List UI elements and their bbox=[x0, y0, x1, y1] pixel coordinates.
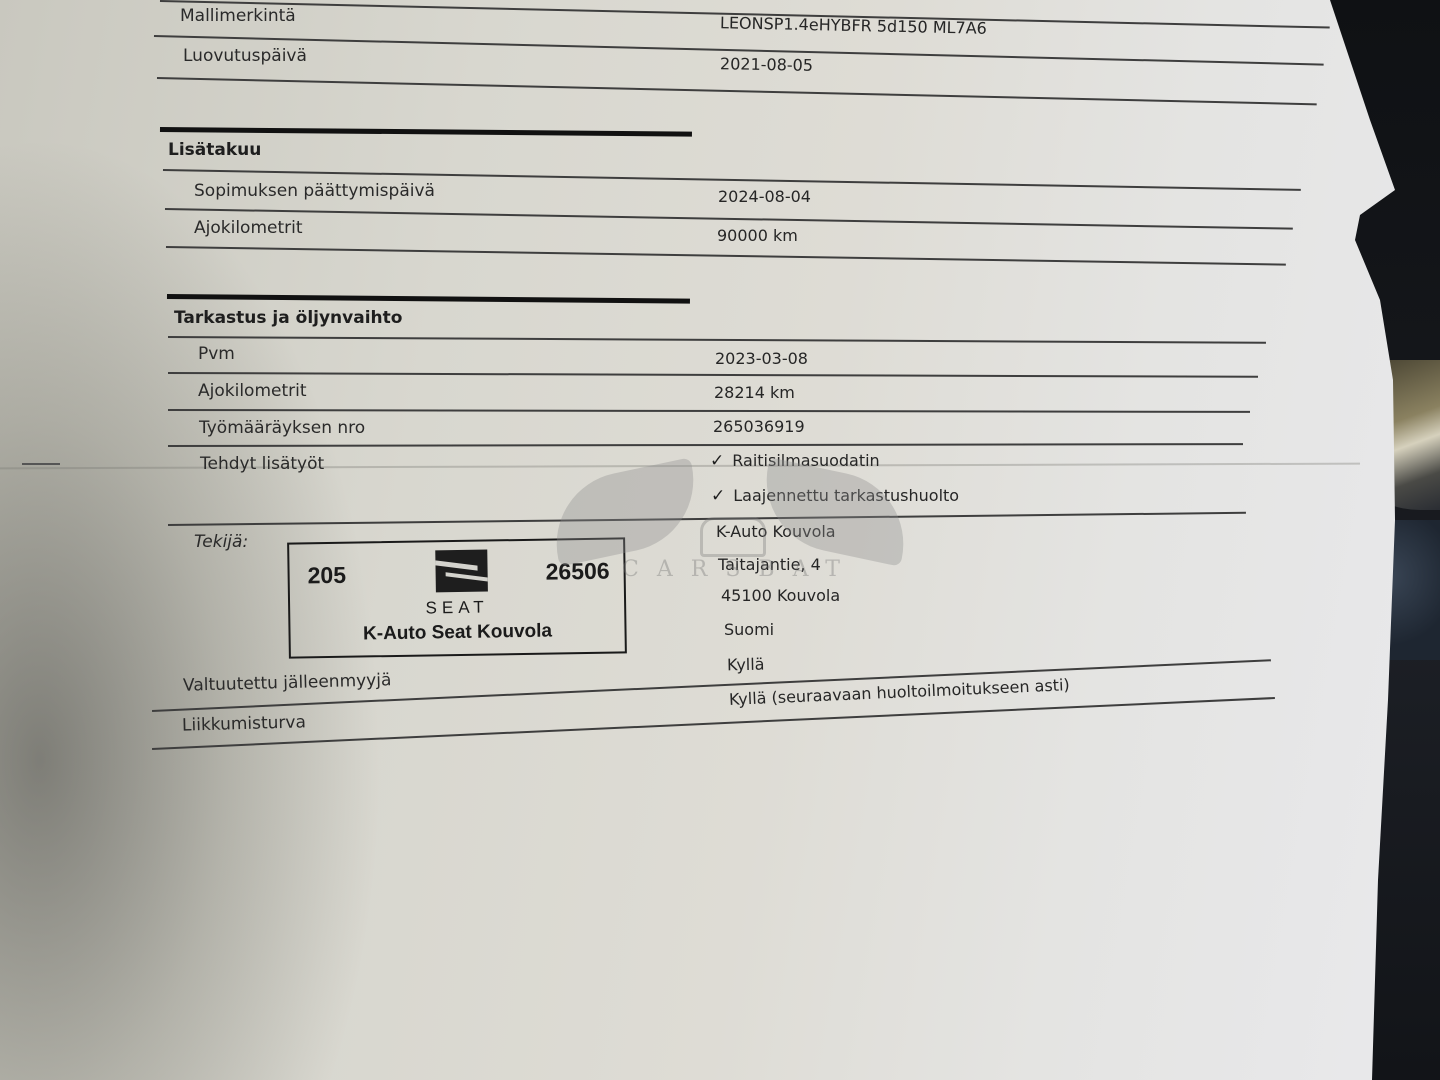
warranty-mileage-value: 90000 km bbox=[717, 226, 798, 245]
performer-country: Suomi bbox=[724, 620, 774, 639]
stamp-dealer: K-Auto Seat Kouvola bbox=[290, 619, 624, 646]
divider bbox=[168, 372, 1258, 377]
inspection-mileage-label: Ajokilometrit bbox=[198, 381, 307, 401]
authorized-dealer-value: Kyllä bbox=[727, 655, 765, 675]
inspection-date-value: 2023-03-08 bbox=[715, 349, 808, 368]
extra-work-item: ✓Raitisilmasuodatin bbox=[710, 451, 880, 471]
stamp-brand: SEAT bbox=[290, 595, 624, 620]
delivery-date-value: 2021-08-05 bbox=[720, 54, 813, 75]
extra-work-item: ✓Laajennettu tarkastushuolto bbox=[711, 486, 959, 506]
mobility-guarantee-label: Liikkumisturva bbox=[182, 712, 306, 735]
divider bbox=[157, 77, 1317, 105]
authorized-dealer-label: Valtuutettu jälleenmyyjä bbox=[183, 670, 392, 695]
checkmark-icon: ✓ bbox=[710, 451, 724, 471]
stamp-right-number: 26506 bbox=[545, 558, 609, 586]
performer-postal: 45100 Kouvola bbox=[721, 586, 840, 605]
inspection-title: Tarkastus ja öljynvaihto bbox=[174, 308, 402, 328]
dealer-stamp: 205 26506 SEAT K-Auto Seat Kouvola bbox=[287, 537, 627, 658]
service-record-document: Mallimerkintä LEONSP1.4eHYBFR 5d150 ML7A… bbox=[0, 0, 1440, 1080]
work-order-value: 265036919 bbox=[713, 417, 805, 436]
performer-label: Tekijä: bbox=[194, 532, 248, 552]
extra-work-item-text: Raitisilmasuodatin bbox=[732, 451, 879, 470]
warranty-mileage-label: Ajokilometrit bbox=[194, 218, 303, 238]
performer-street: Taitajantie, 4 bbox=[718, 555, 821, 574]
extended-warranty-title: Lisätakuu bbox=[168, 140, 261, 160]
divider bbox=[168, 409, 1250, 412]
extra-work-item-text: Laajennettu tarkastushuolto bbox=[733, 486, 959, 505]
model-code-label: Mallimerkintä bbox=[180, 6, 296, 26]
inspection-mileage-value: 28214 km bbox=[714, 383, 795, 402]
work-order-label: Työmääräyksen nro bbox=[199, 418, 365, 438]
delivery-date-label: Luovutuspäivä bbox=[183, 46, 307, 66]
inspection-date-label: Pvm bbox=[198, 344, 235, 364]
performer-name: K-Auto Kouvola bbox=[716, 522, 836, 541]
contract-end-date-value: 2024-08-04 bbox=[718, 187, 811, 206]
stamp-left-number: 205 bbox=[307, 562, 346, 590]
section-rule bbox=[167, 294, 690, 304]
checkmark-icon: ✓ bbox=[711, 486, 725, 506]
divider bbox=[166, 246, 1286, 265]
contract-end-date-label: Sopimuksen päättymispäivä bbox=[194, 181, 435, 201]
seat-logo-icon bbox=[435, 550, 488, 593]
section-rule bbox=[160, 127, 692, 137]
divider bbox=[168, 336, 1266, 343]
extra-work-label: Tehdyt lisätyöt bbox=[200, 454, 324, 474]
mobility-guarantee-value: Kyllä (seuraavaan huoltoilmoitukseen ast… bbox=[729, 675, 1070, 709]
divider bbox=[152, 697, 1275, 749]
divider bbox=[168, 512, 1246, 526]
divider bbox=[168, 443, 1243, 446]
service-record-paper: Mallimerkintä LEONSP1.4eHYBFR 5d150 ML7A… bbox=[0, 0, 1440, 1080]
